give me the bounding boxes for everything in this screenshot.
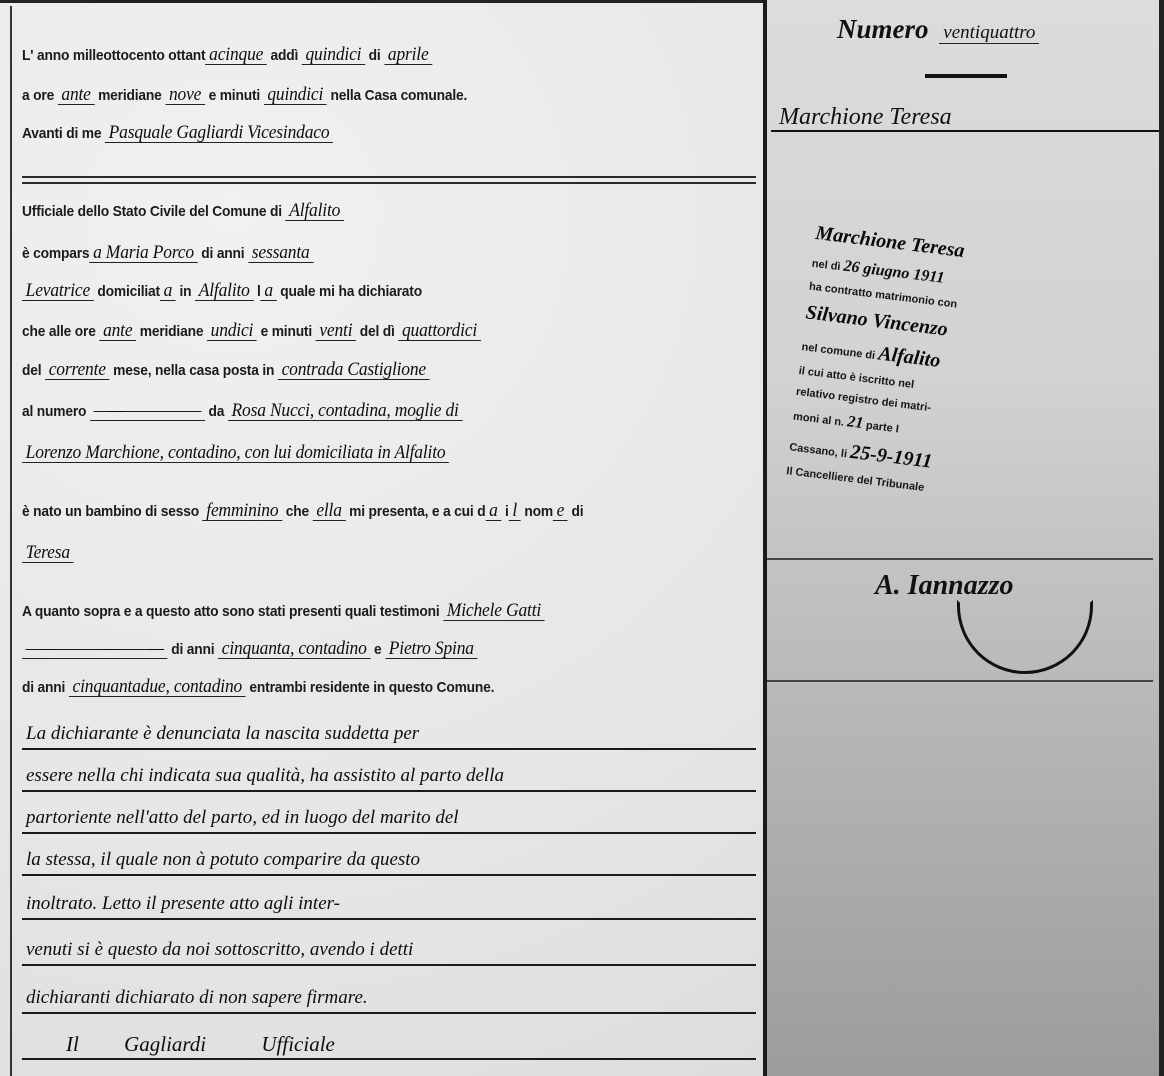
margin-annotation-column: Numero ventiquattro Marchione Teresa Mar…: [767, 0, 1159, 1076]
printed-text: Ufficiale dello Stato Civile del Comune …: [22, 203, 286, 220]
record-line-month: del corrente mese, nella casa posta in c…: [22, 361, 697, 380]
signature-initial: Il: [66, 1032, 79, 1056]
handwritten-entry: nove: [165, 86, 205, 105]
printed-text: del dì: [356, 323, 398, 340]
printed-text: L' anno milleottocento ottant: [22, 47, 205, 64]
margin-rule: [767, 680, 1153, 682]
record-line-domicile: Levatrice domiciliata in Alfalito la qua…: [22, 282, 697, 301]
handwritten-entry: l: [509, 502, 521, 521]
printed-text: e: [370, 641, 385, 658]
record-line-year: L' anno milleottocento ottantacinque add…: [22, 46, 697, 65]
handwritten-entry: acinque: [205, 46, 266, 65]
spouse-name: Silvano Vincenzo: [805, 301, 949, 340]
printed-text: A quanto sopra e a questo atto sono stat…: [22, 603, 443, 620]
printed-text: a ore: [22, 87, 58, 104]
marriage-commune: Alfalito: [877, 343, 941, 372]
annotation-line6-print: moni al n.: [792, 411, 844, 429]
record-line-office: Ufficiale dello Stato Civile del Comune …: [22, 202, 697, 221]
handwritten-entry: ante: [58, 86, 95, 105]
handwritten-entry: Pasquale Gagliardi Vicesindaco: [105, 124, 333, 143]
main-record-column: L' anno milleottocento ottantacinque add…: [10, 6, 764, 1076]
annotation-line: inoltrato. Letto il presente atto agli i…: [22, 890, 756, 920]
officer-signature-line: Il Gagliardi Ufficiale: [22, 1030, 756, 1060]
printed-text: di anni: [198, 245, 248, 262]
annotation-line: essere nella chi indicata sua qualità, h…: [22, 762, 756, 792]
printed-text: meridiane: [136, 323, 207, 340]
printed-text: che: [282, 503, 313, 520]
registry-part: parte I: [865, 420, 899, 436]
printed-text: Avanti di me: [22, 125, 105, 142]
printed-text: meridiane: [94, 87, 165, 104]
marriage-annotation-stamp: Marchione Teresa nel dì 26 giugno 1911 h…: [785, 222, 1145, 526]
printed-text: da: [205, 403, 228, 420]
record-line-number: al numero ——————— da Rosa Nucci, contadi…: [22, 402, 697, 421]
annotation-line: partoriente nell'atto del parto, ed in l…: [22, 804, 756, 834]
handwritten-entry: quattordici: [398, 322, 480, 341]
handwritten-entry: a: [261, 282, 277, 301]
handwritten-entry: a: [160, 282, 176, 301]
printed-text: al numero: [22, 403, 90, 420]
record-line-witness-3: di anni cinquantadue, contadino entrambi…: [22, 678, 697, 697]
handwritten-entry: a: [485, 502, 501, 521]
printed-text: è compars: [22, 245, 89, 262]
printed-text: di: [365, 47, 384, 64]
printed-text: l: [253, 283, 260, 300]
printed-text: nom: [521, 503, 553, 520]
handwritten-entry: femminino: [203, 502, 283, 521]
handwritten-entry: Levatrice: [22, 282, 94, 301]
record-line-father: Lorenzo Marchione, contadino, con lui do…: [22, 444, 697, 463]
printed-text: mese, nella casa posta in: [110, 362, 278, 379]
section-divider: [22, 176, 756, 178]
annotation-line: La dichiarante è denunciata la nascita s…: [22, 720, 756, 750]
margin-rule: [767, 558, 1153, 560]
handwritten-entry: cinquantadue, contadino: [69, 678, 246, 697]
signature-name: Gagliardi: [124, 1032, 206, 1056]
printed-text: e minuti: [205, 87, 264, 104]
printed-text: domiciliat: [94, 283, 160, 300]
handwritten-entry: Teresa: [22, 544, 74, 563]
handwritten-entry: Rosa Nucci, contadina, moglie di: [228, 402, 463, 421]
annotation-date: 25-9-1911: [849, 441, 933, 473]
document-sheet: L' anno milleottocento ottantacinque add…: [0, 0, 1164, 1076]
right-border: [1159, 0, 1164, 1076]
record-line-officer: Avanti di me Pasquale Gagliardi Vicesind…: [22, 124, 697, 143]
printed-text: di anni: [22, 679, 69, 696]
handwritten-entry: Pietro Spina: [385, 640, 477, 659]
section-divider: [22, 182, 756, 184]
printed-text: addì: [267, 47, 302, 64]
registry-number: 21: [846, 413, 864, 432]
chancellor-signature: A. Iannazzo: [875, 570, 1014, 602]
annotation-line: la stessa, il quale non à potuto compari…: [22, 846, 756, 876]
handwritten-entry: Alfalito: [286, 202, 344, 221]
printed-text: è nato un bambino di sesso: [22, 503, 203, 520]
annotation-line: dichiaranti dichiarato di non sapere fir…: [22, 984, 756, 1014]
handwritten-entry: a Maria Porco: [89, 244, 197, 263]
annotation-line: venuti si è questo da noi sottoscritto, …: [22, 936, 756, 966]
record-line-witness-2: ————————— di anni cinquanta, contadino e…: [22, 640, 697, 659]
handwritten-entry: Lorenzo Marchione, contadino, con lui do…: [22, 444, 449, 463]
handwritten-entry: Alfalito: [195, 282, 253, 301]
printed-text: di: [568, 503, 584, 520]
record-line-time: a ore ante meridiane nove e minuti quind…: [22, 86, 697, 105]
printed-text: nella Casa comunale.: [327, 87, 467, 104]
handwritten-entry: contrada Castiglione: [278, 361, 430, 380]
handwritten-entry: ante: [99, 322, 136, 341]
printed-text: di anni: [168, 641, 218, 658]
handwritten-entry: quindici: [264, 86, 327, 105]
annotation-line1-print: nel dì: [811, 258, 841, 273]
annotation-place: Cassano, li: [789, 441, 848, 460]
record-line-child-name: Teresa: [22, 544, 697, 563]
printed-text: mi presenta, e a cui d: [345, 503, 485, 520]
record-number-value: ventiquattro: [939, 22, 1039, 44]
printed-text: e minuti: [257, 323, 316, 340]
record-line-birth-time: che alle ore ante meridiane undici e min…: [22, 322, 697, 341]
registrant-name: Marchione Teresa: [771, 104, 1159, 132]
handwritten-entry: undici: [207, 322, 257, 341]
annotation-line3-print: nel comune di: [801, 341, 876, 362]
printed-text: i: [501, 503, 508, 520]
signature-flourish: [957, 600, 1093, 674]
printed-text: che alle ore: [22, 323, 99, 340]
handwritten-entry: quindici: [302, 46, 365, 65]
record-number-label: Numero: [837, 14, 929, 44]
record-line-sex: è nato un bambino di sesso femminino che…: [22, 502, 697, 521]
handwritten-entry: e: [553, 502, 568, 521]
handwritten-entry: venti: [316, 322, 356, 341]
record-number: Numero ventiquattro: [837, 14, 1039, 45]
signature-title: Ufficiale: [261, 1032, 334, 1056]
printed-text: entrambi residente in questo Comune.: [246, 679, 495, 696]
number-underline-dash: [925, 74, 1007, 78]
handwritten-entry: —————————: [22, 640, 168, 659]
handwritten-entry: aprile: [384, 46, 432, 65]
handwritten-entry: corrente: [45, 361, 109, 380]
handwritten-entry: ———————: [90, 402, 205, 421]
handwritten-entry: cinquanta, contadino: [218, 640, 370, 659]
printed-text: quale mi ha dichiarato: [277, 283, 422, 300]
handwritten-entry: sessanta: [248, 244, 313, 263]
handwritten-entry: ella: [313, 502, 346, 521]
record-line-declarant: è comparsa Maria Porco di anni sessanta: [22, 244, 697, 263]
printed-text: del: [22, 362, 45, 379]
marriage-date: 26 giugno 1911: [843, 258, 946, 287]
printed-text: in: [176, 283, 195, 300]
handwritten-entry: Michele Gatti: [443, 602, 545, 621]
record-line-witness-1: A quanto sopra e a questo atto sono stat…: [22, 602, 697, 621]
